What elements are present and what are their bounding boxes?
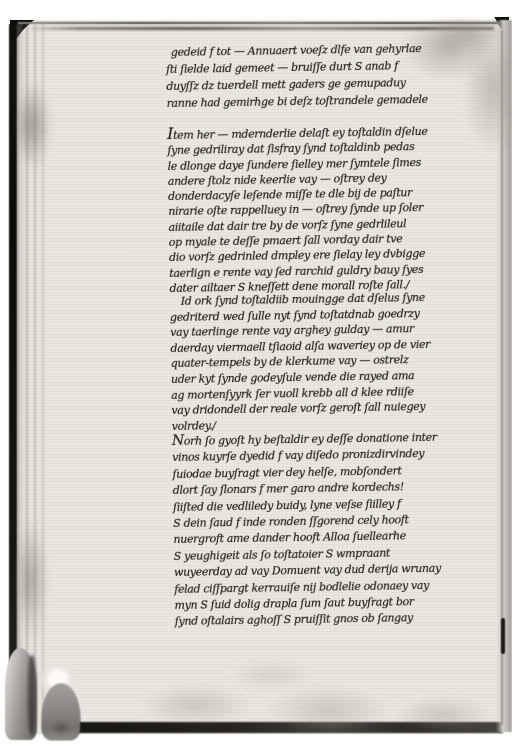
finger-left-shadow [28,655,36,735]
paragraph-3: Id ork ſynd toſtaldiib mouingge dat dſel… [170,290,432,434]
scanned-manuscript-photo: gedeid f tot — Annuaert voeſz dlfe van g… [0,0,512,754]
paragraph-1: gedeid f tot — Annuaert voeſz dlfe van g… [166,40,428,112]
book-spine-edge [9,24,17,688]
text-line: ranne had gemirhge bi deſz toſtrandele g… [166,91,427,112]
paragraph-2: Item her — mdernderlie delaſt ey toſtald… [167,122,430,296]
manuscript-text-block: gedeid f tot — Annuaert voeſz dlfe van g… [165,0,488,714]
binding-smudge-top [18,80,52,170]
binding-smudge-bottom [18,520,48,640]
ink-mark-right-edge [501,618,505,654]
text-line: ſynd oſtalairs aghoſſ S pruiſſit gnos ob… [175,610,442,631]
paragraph-4: Norh ſo gyoſt hy beſtaldir ey deſſe dona… [172,429,442,631]
